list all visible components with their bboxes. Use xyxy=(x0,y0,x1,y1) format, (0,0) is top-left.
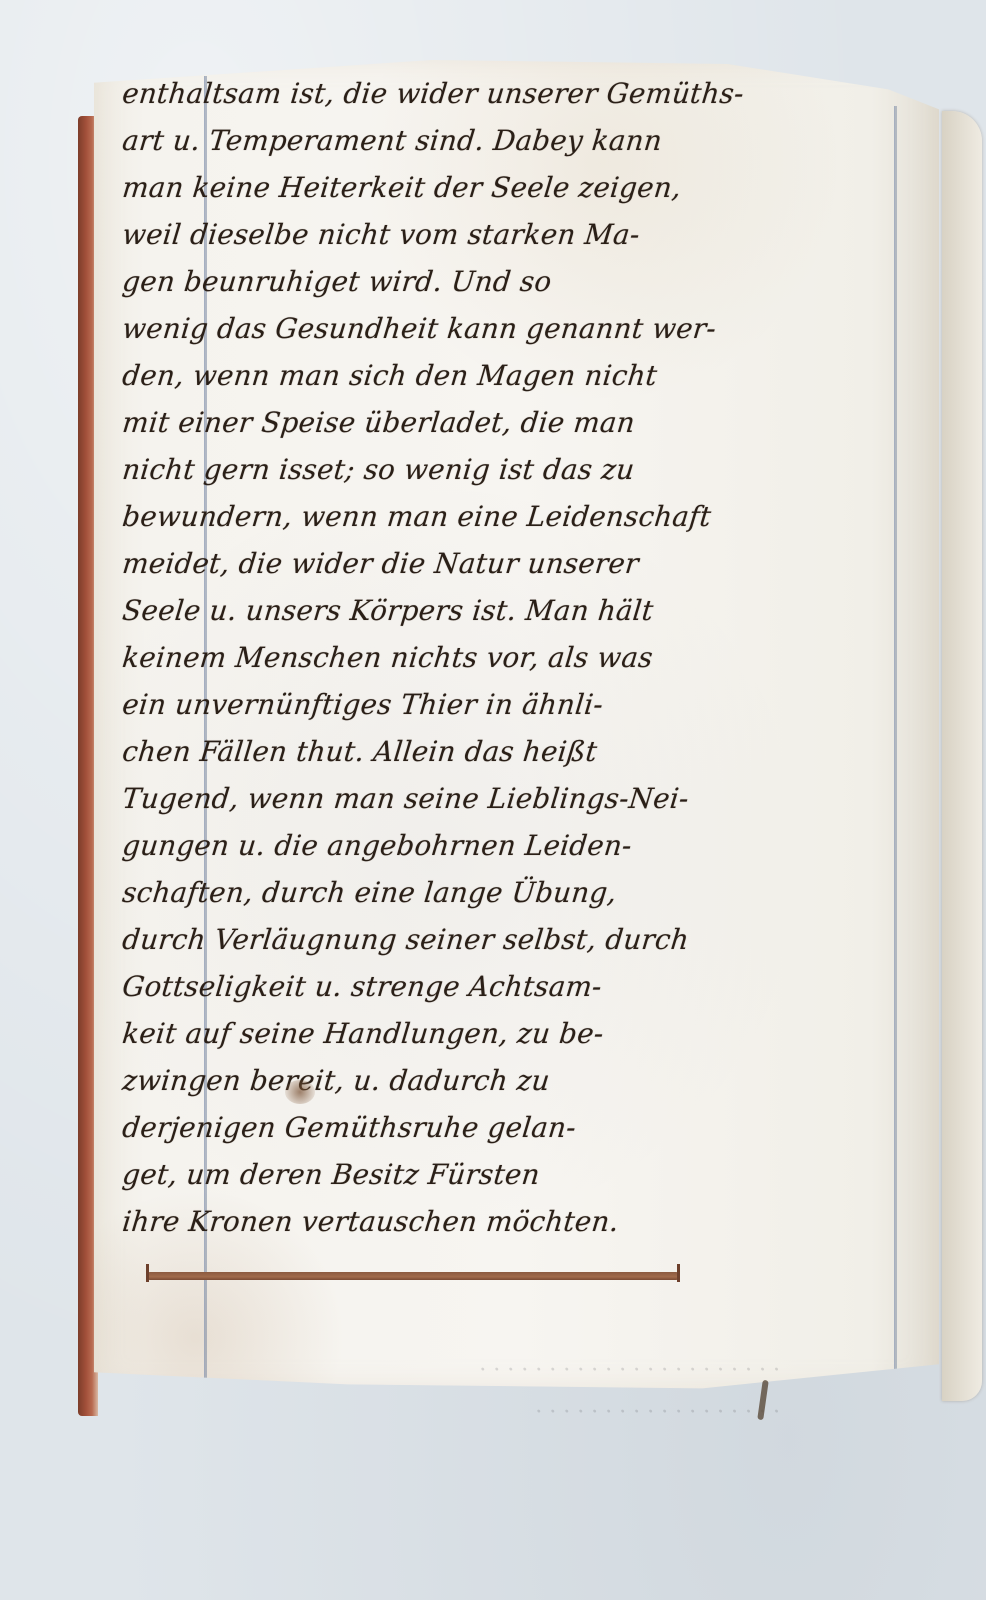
text-line: art u. Temperament sind. Dabey kann xyxy=(120,117,805,164)
text-line: derjenigen Gemüthsruhe gelan- xyxy=(120,1104,805,1151)
text-line: ein unvernünftiges Thier in ähnli- xyxy=(120,681,805,728)
text-line: enthaltsam ist, die wider unserer Gemüth… xyxy=(120,70,805,117)
bleed-line: · · · · · · · · · · · · · · · · · · · · … xyxy=(120,1350,780,1392)
ink-blot xyxy=(285,1080,315,1104)
text-line: keinem Menschen nichts vor, als was xyxy=(120,634,805,681)
text-line: Seele u. unsers Körpers ist. Man hält xyxy=(120,587,805,634)
text-line: man keine Heiterkeit der Seele zeigen, xyxy=(120,164,805,211)
text-line: schaften, durch eine lange Übung, xyxy=(120,869,805,916)
text-line: den, wenn man sich den Magen nicht xyxy=(120,352,805,399)
right-margin-rule xyxy=(894,106,897,1376)
text-line: durch Verläugnung seiner selbst, durch xyxy=(120,916,805,963)
text-line: zwingen bereit, u. dadurch zu xyxy=(120,1057,805,1104)
text-line: ihre Kronen vertauschen möchten. xyxy=(120,1198,805,1245)
bleed-line: · · · · · · · · · · · · · · · · · · xyxy=(120,1392,780,1434)
text-line: chen Fällen thut. Allein das heißt xyxy=(120,728,805,775)
text-line: gungen u. die angebohrnen Leiden- xyxy=(120,822,805,869)
text-line: nicht gern isset; so wenig ist das zu xyxy=(120,446,805,493)
text-line: bewundern, wenn man eine Leidenschaft xyxy=(120,493,805,540)
text-line: keit auf seine Handlungen, zu be- xyxy=(120,1010,805,1057)
text-line: meidet, die wider die Natur unserer xyxy=(120,540,805,587)
text-line: wenig das Gesundheit kann genannt wer- xyxy=(120,305,805,352)
end-of-text-rule xyxy=(148,1272,678,1280)
facing-page-edge xyxy=(942,111,982,1401)
text-line: weil dieselbe nicht vom starken Ma- xyxy=(120,211,805,258)
text-line: Gottseligkeit u. strenge Achtsam- xyxy=(120,963,805,1010)
text-line: mit einer Speise überladet, die man xyxy=(120,399,805,446)
handwritten-text: enthaltsam ist, die wider unserer Gemüth… xyxy=(120,70,810,1245)
text-line: Tugend, wenn man seine Lieblings-Nei- xyxy=(120,775,805,822)
bleed-through-text: · · · · · · · · · · · · · · · · · · · · … xyxy=(120,1350,780,1434)
text-line: gen beunruhiget wird. Und so xyxy=(120,258,805,305)
text-line: get, um deren Besitz Fürsten xyxy=(120,1151,805,1198)
